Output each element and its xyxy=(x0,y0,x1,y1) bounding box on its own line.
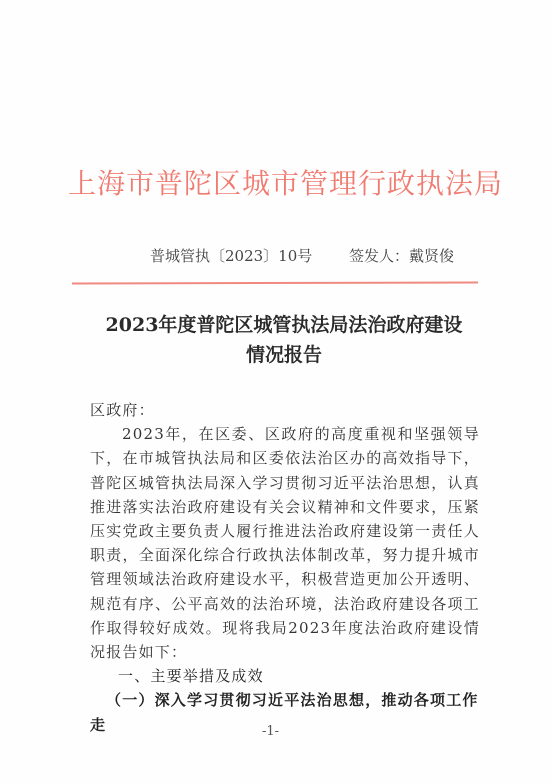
doc-number-row: 普城管执〔2023〕10号 签发人：戴贤俊 xyxy=(150,245,454,266)
page-number: -1- xyxy=(262,724,279,739)
body-text: 区政府： 2023年，在区委、区政府的高度重视和坚强领导下，在市城管执法局和区委… xyxy=(90,398,480,737)
agency-title: 上海市普陀区城市管理行政执法局 xyxy=(68,162,488,202)
subsection-heading-1: （一）深入学习贯彻习近平法治思想，推动各项工作走 xyxy=(90,688,480,736)
report-title-line2: 情况报告 xyxy=(84,340,484,370)
salutation: 区政府： xyxy=(90,398,480,422)
report-title: 2023年度普陀区城管执法局法治政府建设 情况报告 xyxy=(84,310,484,370)
report-title-line1: 2023年度普陀区城管执法局法治政府建设 xyxy=(106,314,463,336)
doc-number: 普城管执〔2023〕10号 xyxy=(150,247,312,265)
document-page: 上海市普陀区城市管理行政执法局 普城管执〔2023〕10号 签发人：戴贤俊 20… xyxy=(0,0,552,783)
red-divider-rule xyxy=(72,281,478,284)
paragraph-intro: 2023年，在区委、区政府的高度重视和坚强领导下，在市城管执法局和区委依法治区办… xyxy=(90,422,480,664)
section-heading-1: 一、主要举措及成效 xyxy=(90,664,480,688)
signer: 签发人：戴贤俊 xyxy=(349,247,454,265)
